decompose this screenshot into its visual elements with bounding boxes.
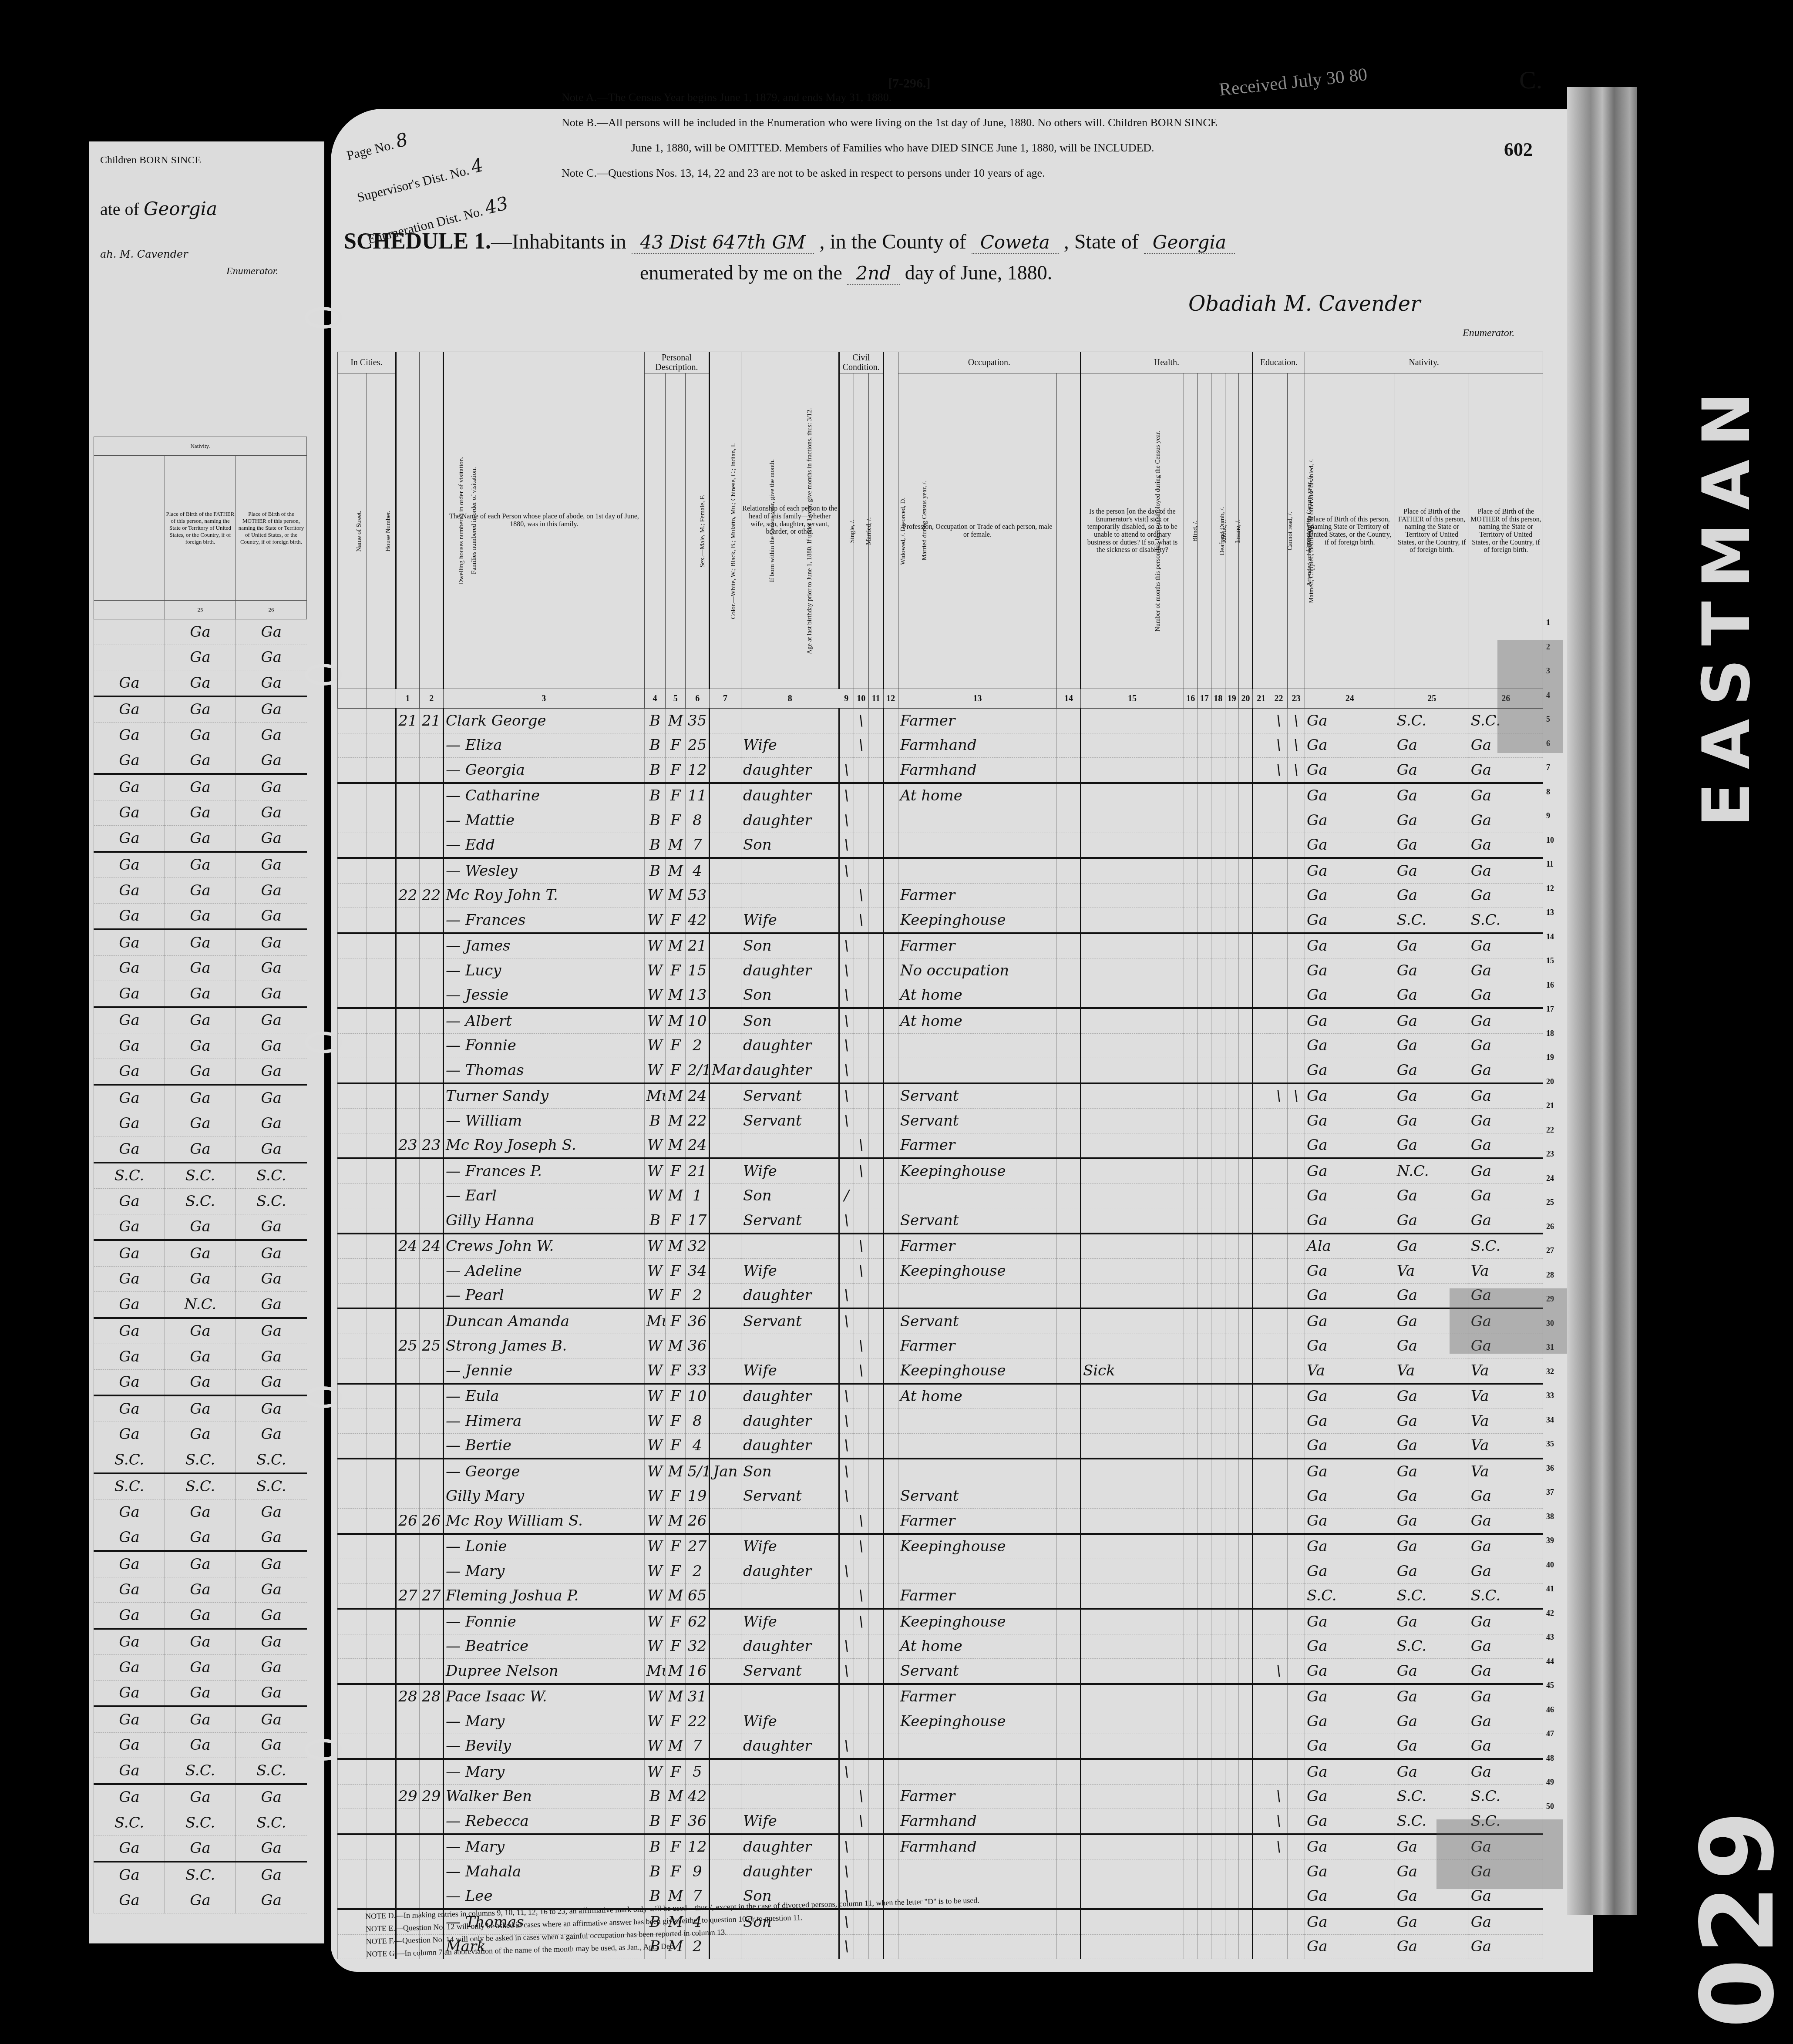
sex-cell: M: [666, 1734, 686, 1759]
birthplace-cell: Va: [1305, 1358, 1395, 1384]
blind-cell: [1184, 733, 1198, 758]
blind-cell: [1184, 1384, 1198, 1409]
age-cell: 21: [686, 1158, 710, 1183]
left-c25-cell: S.C.: [165, 1862, 236, 1888]
house-cell: [367, 1033, 396, 1058]
column-number: 25: [1395, 689, 1469, 709]
married-cell: \: [854, 1158, 868, 1183]
birth-month-cell: [710, 1158, 741, 1183]
birth-month-cell: [710, 933, 741, 958]
left-c25-cell: Ga: [165, 1240, 236, 1266]
street-cell: [338, 1133, 367, 1158]
family-cell: [420, 1384, 444, 1409]
idiotic-cell: [1211, 1759, 1225, 1784]
street-cell: [338, 733, 367, 758]
cannot-read-cell: [1270, 1133, 1287, 1158]
left-c24-cell: Ga: [94, 1706, 165, 1732]
color-cell: W: [644, 1183, 666, 1208]
left-c26-cell: Ga: [236, 696, 307, 723]
birth-month-cell: [710, 833, 741, 858]
left-c26-cell: Ga: [236, 1888, 307, 1913]
father-birthplace-cell: Ga: [1395, 808, 1469, 833]
house-cell: [367, 1634, 396, 1659]
unemployed-cell: [1057, 758, 1081, 783]
widowed-cell: [868, 1534, 883, 1559]
cannot-read-cell: \: [1270, 1659, 1287, 1684]
house-cell: [367, 1384, 396, 1409]
column-number: 8: [741, 689, 839, 709]
microfilm-frame-number: 029: [1680, 1806, 1793, 2028]
disabled-cell: [1239, 1208, 1253, 1234]
column-number: 1: [396, 689, 420, 709]
left-col25-header: Place of Birth of the FATHER of this per…: [165, 456, 236, 601]
insane-cell: [1225, 1234, 1239, 1259]
disabled-cell: [1239, 758, 1253, 783]
col17-header: Deaf and Dumb, /.: [1198, 373, 1211, 689]
birth-month-cell: [710, 1033, 741, 1058]
street-cell: [338, 758, 367, 783]
county-value: Coweta: [972, 232, 1059, 254]
deaf-cell: [1198, 1083, 1211, 1109]
color-cell: B: [644, 1834, 666, 1859]
left-c24-cell: Ga: [94, 1888, 165, 1913]
cannot-read-cell: [1270, 1734, 1287, 1759]
cannot-read-cell: [1270, 1609, 1287, 1634]
street-cell: [338, 1559, 367, 1584]
father-birthplace-cell: Ga: [1395, 1384, 1469, 1409]
color-cell: W: [644, 1409, 666, 1434]
age-cell: 5: [686, 1759, 710, 1784]
occupation-cell: Servant: [898, 1659, 1056, 1684]
father-birthplace-cell: Ga: [1395, 1609, 1469, 1634]
cannot-write-cell: [1287, 1183, 1305, 1208]
family-cell: [420, 1609, 444, 1634]
left-nativity-row: GaGaGa: [94, 1214, 307, 1240]
cannot-write-cell: [1287, 1334, 1305, 1358]
left-nativity-row: GaGaGa: [94, 1136, 307, 1163]
school-cell: [1252, 1283, 1270, 1308]
blind-cell: [1184, 983, 1198, 1008]
single-cell: \: [839, 783, 854, 808]
insane-cell: [1225, 1634, 1239, 1659]
census-row: — FonnieWF62Wife\KeepinghouseGaGaGa: [338, 1609, 1543, 1634]
idiotic-cell: [1211, 1033, 1225, 1058]
occupation-cell: Farmer: [898, 1684, 1056, 1709]
health-header: Health.: [1080, 352, 1252, 373]
cannot-write-cell: [1287, 783, 1305, 808]
sex-cell: F: [666, 1759, 686, 1784]
age-cell: 27: [686, 1534, 710, 1559]
color-cell: W: [644, 1058, 666, 1083]
street-cell: [338, 1734, 367, 1759]
cannot-write-cell: [1287, 1609, 1305, 1634]
family-cell: [420, 1409, 444, 1434]
blind-cell: [1184, 1409, 1198, 1434]
left-c24-cell: Ga: [94, 981, 165, 1007]
relationship-cell: daughter: [741, 1559, 839, 1584]
age-cell: 9: [686, 1859, 710, 1884]
age-cell: 10: [686, 1384, 710, 1409]
left-c24-cell: Ga: [94, 1525, 165, 1551]
line-number: 49: [1546, 1778, 1554, 1787]
nativity-header: Nativity.: [1305, 352, 1543, 373]
birthplace-cell: Ga: [1305, 1634, 1395, 1659]
left-c24-cell: [94, 619, 165, 645]
insane-cell: [1225, 1033, 1239, 1058]
enumerated-day: 2nd: [847, 262, 900, 285]
column-number: 22: [1270, 689, 1287, 709]
father-birthplace-cell: Ga: [1395, 1484, 1469, 1509]
married-cell: [854, 1409, 868, 1434]
disabled-cell: [1239, 1459, 1253, 1484]
unemployed-cell: [1057, 1058, 1081, 1083]
cannot-read-cell: \: [1270, 1834, 1287, 1859]
relationship-cell: daughter: [741, 1859, 839, 1884]
unemployed-cell: [1057, 1759, 1081, 1784]
occupation-cell: Servant: [898, 1308, 1056, 1334]
widowed-cell: [868, 1559, 883, 1584]
left-nativity-row: GaGaGa: [94, 929, 307, 955]
married-in-year-cell: [883, 1684, 898, 1709]
mother-birthplace-cell: Va: [1469, 1384, 1543, 1409]
dwelling-cell: [396, 1358, 420, 1384]
line-number: 13: [1546, 908, 1554, 917]
cannot-read-cell: [1270, 1634, 1287, 1659]
column-number: 12: [883, 689, 898, 709]
house-cell: [367, 709, 396, 733]
cannot-write-cell: [1287, 1509, 1305, 1534]
married-cell: \: [854, 1784, 868, 1809]
relationship-cell: daughter: [741, 1283, 839, 1308]
sickness-cell: [1080, 1934, 1184, 1959]
occupation-cell: [898, 1033, 1056, 1058]
left-c24-cell: Ga: [94, 903, 165, 929]
color-cell: B: [644, 1208, 666, 1234]
family-cell: [420, 858, 444, 883]
deaf-cell: [1198, 1934, 1211, 1959]
idiotic-cell: [1211, 1884, 1225, 1909]
line-number: 19: [1546, 1053, 1554, 1062]
disabled-cell: [1239, 1634, 1253, 1659]
cannot-read-cell: [1270, 1909, 1287, 1934]
single-cell: [839, 908, 854, 933]
school-cell: [1252, 1859, 1270, 1884]
line-number: 8: [1546, 787, 1550, 797]
occupation-cell: Farmer: [898, 709, 1056, 733]
relationship-cell: Servant: [741, 1083, 839, 1109]
occupation-cell: [898, 1409, 1056, 1434]
street-cell: [338, 983, 367, 1008]
widowed-cell: [868, 1859, 883, 1884]
left-c24-cell: Ga: [94, 1499, 165, 1525]
school-cell: [1252, 883, 1270, 908]
birth-month-cell: [710, 1634, 741, 1659]
sickness-cell: [1080, 1384, 1184, 1409]
left-c24-cell: Ga: [94, 1551, 165, 1577]
street-cell: [338, 1634, 367, 1659]
cannot-read-cell: \: [1270, 758, 1287, 783]
school-cell: [1252, 1884, 1270, 1909]
cannot-read-cell: [1270, 1759, 1287, 1784]
family-cell: [420, 1109, 444, 1133]
color-cell: B: [644, 709, 666, 733]
cannot-write-cell: \: [1287, 733, 1305, 758]
census-row: 2424Crews John W.WM32\FarmerAlaGaS.C.: [338, 1234, 1543, 1259]
census-row: — WilliamBM22Servant\ServantGaGaGa: [338, 1109, 1543, 1133]
sickness-cell: [1080, 1409, 1184, 1434]
birthplace-cell: Ga: [1305, 758, 1395, 783]
left-c25-cell: Ga: [165, 1603, 236, 1629]
married-in-year-cell: [883, 808, 898, 833]
census-row: — BeatriceWF32daughter\At homeGaS.C.Ga: [338, 1634, 1543, 1659]
mother-birthplace-cell: Ga: [1469, 1659, 1543, 1684]
census-row: — BertieWF4daughter\GaGaVa: [338, 1433, 1543, 1459]
mother-birthplace-cell: Ga: [1469, 833, 1543, 858]
blind-cell: [1184, 1358, 1198, 1384]
blind-cell: [1184, 1484, 1198, 1509]
single-cell: \: [839, 808, 854, 833]
widowed-cell: [868, 1709, 883, 1734]
family-cell: [420, 1208, 444, 1234]
school-cell: [1252, 1634, 1270, 1659]
unemployed-cell: [1057, 1358, 1081, 1384]
left-c25-cell: S.C.: [165, 1447, 236, 1473]
age-cell: 8: [686, 1409, 710, 1434]
cannot-read-cell: [1270, 1709, 1287, 1734]
dwelling-cell: [396, 833, 420, 858]
dwelling-cell: [396, 1809, 420, 1834]
disabled-cell: [1239, 1083, 1253, 1109]
binder-ring: [305, 307, 342, 329]
unemployed-cell: [1057, 1659, 1081, 1684]
father-birthplace-cell: Ga: [1395, 758, 1469, 783]
widowed-cell: [868, 1433, 883, 1459]
age-cell: 36: [686, 1334, 710, 1358]
street-cell: [338, 1433, 367, 1459]
insane-cell: [1225, 1308, 1239, 1334]
father-birthplace-cell: Ga: [1395, 1934, 1469, 1959]
house-cell: [367, 1409, 396, 1434]
disabled-cell: [1239, 1609, 1253, 1634]
idiotic-cell: [1211, 1684, 1225, 1709]
sheet-number: 602: [1504, 138, 1533, 161]
deaf-cell: [1198, 1559, 1211, 1584]
cannot-read-cell: [1270, 1033, 1287, 1058]
sex-cell: M: [666, 1659, 686, 1684]
age-cell: 32: [686, 1234, 710, 1259]
left-c25-cell: Ga: [165, 852, 236, 878]
unemployed-cell: [1057, 709, 1081, 733]
line-number: 7: [1546, 763, 1550, 772]
family-cell: [420, 1158, 444, 1183]
left-nativity-row: GaGaGa: [94, 1629, 307, 1655]
unemployed-cell: [1057, 883, 1081, 908]
street-cell: [338, 833, 367, 858]
birth-month-cell: [710, 1509, 741, 1534]
father-birthplace-cell: Ga: [1395, 1734, 1469, 1759]
census-row: — JessieWM13Son\At homeGaGaGa: [338, 983, 1543, 1008]
sickness-cell: [1080, 1033, 1184, 1058]
left-nativity-row: GaGaGa: [94, 696, 307, 723]
sickness-cell: [1080, 1433, 1184, 1459]
relationship-cell: [741, 883, 839, 908]
single-cell: [839, 733, 854, 758]
left-c26-cell: Ga: [236, 1525, 307, 1551]
cannot-write-cell: [1287, 1409, 1305, 1434]
married-cell: [854, 1859, 868, 1884]
insane-cell: [1225, 1484, 1239, 1509]
disabled-cell: [1239, 1058, 1253, 1083]
census-row: Turner SandyMuM24Servant\Servant\\GaGaGa: [338, 1083, 1543, 1109]
mother-birthplace-cell: Ga: [1469, 1008, 1543, 1033]
house-cell: [367, 1709, 396, 1734]
mother-birthplace-cell: Ga: [1469, 1934, 1543, 1959]
street-cell: [338, 1334, 367, 1358]
insane-cell: [1225, 808, 1239, 833]
sickness-cell: Sick: [1080, 1358, 1184, 1384]
sex-cell: M: [666, 1459, 686, 1484]
sex-cell: F: [666, 1609, 686, 1634]
father-birthplace-cell: Ga: [1395, 1659, 1469, 1684]
married-in-year-cell: [883, 1859, 898, 1884]
mother-birthplace-cell: Ga: [1469, 958, 1543, 983]
birthplace-cell: Ala: [1305, 1234, 1395, 1259]
insane-cell: [1225, 958, 1239, 983]
dwelling-cell: [396, 758, 420, 783]
single-cell: \: [839, 1208, 854, 1234]
cannot-write-cell: [1287, 1759, 1305, 1784]
married-cell: \: [854, 1334, 868, 1358]
idiotic-cell: [1211, 808, 1225, 833]
family-cell: [420, 1859, 444, 1884]
unemployed-cell: [1057, 1609, 1081, 1634]
married-cell: [854, 958, 868, 983]
sex-cell: F: [666, 1484, 686, 1509]
birth-month-cell: [710, 908, 741, 933]
married-in-year-cell: [883, 1559, 898, 1584]
dwelling-cell: [396, 1709, 420, 1734]
single-cell: [839, 1158, 854, 1183]
married-in-year-cell: [883, 1384, 898, 1409]
cannot-write-cell: [1287, 1934, 1305, 1959]
occupation-cell: [898, 1058, 1056, 1083]
father-birthplace-cell: Ga: [1395, 1709, 1469, 1734]
name-cell: Gilly Hanna: [443, 1208, 644, 1234]
color-cell: W: [644, 1684, 666, 1709]
left-c25-cell: Ga: [165, 1344, 236, 1370]
insane-cell: [1225, 1534, 1239, 1559]
name-cell: Mc Roy Joseph S.: [443, 1133, 644, 1158]
left-page-state-label: ate of: [100, 199, 139, 219]
left-c26-cell: Ga: [236, 1577, 307, 1603]
school-cell: [1252, 1208, 1270, 1234]
census-row: Gilly MaryWF19Servant\ServantGaGaGa: [338, 1484, 1543, 1509]
single-cell: \: [839, 1058, 854, 1083]
insane-cell: [1225, 1559, 1239, 1584]
cannot-write-cell: [1287, 958, 1305, 983]
birthplace-cell: Ga: [1305, 1834, 1395, 1859]
idiotic-cell: [1211, 1158, 1225, 1183]
idiotic-cell: [1211, 1283, 1225, 1308]
insane-cell: [1225, 758, 1239, 783]
color-cell: W: [644, 1234, 666, 1259]
birthplace-cell: Ga: [1305, 1709, 1395, 1734]
street-cell: [338, 1609, 367, 1634]
col5-header: Sex.—Male, M.; Female, F.: [666, 373, 686, 689]
left-c26-cell: Ga: [236, 800, 307, 826]
school-cell: [1252, 1909, 1270, 1934]
sickness-cell: [1080, 1083, 1184, 1109]
deaf-cell: [1198, 1859, 1211, 1884]
left-c26-cell: Ga: [236, 1369, 307, 1395]
sickness-cell: [1080, 783, 1184, 808]
col9-header: Single, /.: [839, 373, 854, 689]
dwelling-cell: [396, 1534, 420, 1559]
birthplace-cell: Ga: [1305, 1384, 1395, 1409]
left-c24-cell: Ga: [94, 1189, 165, 1214]
left-c24-cell: Ga: [94, 748, 165, 774]
birth-month-cell: [710, 733, 741, 758]
left-c24-cell: [94, 645, 165, 670]
col22-header: Cannot read, /.: [1270, 373, 1287, 689]
idiotic-cell: [1211, 783, 1225, 808]
mother-birthplace-cell: Va: [1469, 1409, 1543, 1434]
cannot-read-cell: [1270, 1384, 1287, 1409]
occupation-cell: [898, 1459, 1056, 1484]
left-c24-cell: Ga: [94, 1784, 165, 1810]
line-number: 27: [1546, 1246, 1554, 1255]
street-cell: [338, 1183, 367, 1208]
cannot-write-cell: [1287, 1534, 1305, 1559]
sickness-cell: [1080, 1484, 1184, 1509]
sickness-cell: [1080, 1859, 1184, 1884]
single-cell: \: [839, 1384, 854, 1409]
occupation-cell: Keepinghouse: [898, 908, 1056, 933]
street-cell: [338, 1534, 367, 1559]
line-number: 23: [1546, 1150, 1554, 1159]
street-cell: [338, 1809, 367, 1834]
birth-month-cell: [710, 983, 741, 1008]
left-nativity-row: GaGaGa: [94, 1732, 307, 1758]
birth-month-cell: [710, 1784, 741, 1809]
house-cell: [367, 1859, 396, 1884]
blind-cell: [1184, 933, 1198, 958]
deaf-cell: [1198, 1308, 1211, 1334]
left-col26-num: 26: [236, 601, 307, 619]
occupation-cell: [898, 1559, 1056, 1584]
school-cell: [1252, 1109, 1270, 1133]
deaf-cell: [1198, 1008, 1211, 1033]
mother-birthplace-cell: Ga: [1469, 1559, 1543, 1584]
cannot-write-cell: [1287, 1234, 1305, 1259]
father-birthplace-cell: Ga: [1395, 1133, 1469, 1158]
street-cell: [338, 1834, 367, 1859]
street-cell: [338, 1784, 367, 1809]
sickness-cell: [1080, 1158, 1184, 1183]
married-in-year-cell: [883, 1484, 898, 1509]
birth-month-cell: [710, 1859, 741, 1884]
birth-month-cell: [710, 1759, 741, 1784]
left-nativity-row: S.C.S.C.S.C.: [94, 1163, 307, 1189]
enumeration-value: 43: [483, 192, 511, 219]
occupation-cell: [898, 1734, 1056, 1759]
house-cell: [367, 908, 396, 933]
sickness-cell: [1080, 1759, 1184, 1784]
col8-header: Relationship of each person to the head …: [741, 352, 839, 689]
cannot-read-cell: [1270, 1259, 1287, 1284]
widowed-cell: [868, 1484, 883, 1509]
dwelling-cell: [396, 858, 420, 883]
